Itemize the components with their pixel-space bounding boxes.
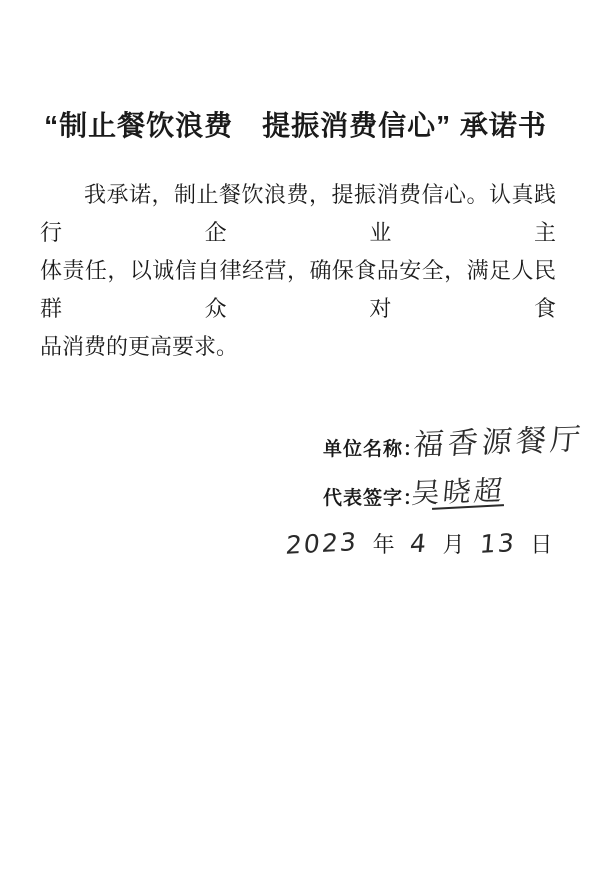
handwritten-year: 2023	[285, 527, 360, 560]
body-line-1: 我承诺，制止餐饮浪费，提振消费信心。认真践行企业主	[40, 176, 556, 252]
year-unit-label: 年	[373, 528, 395, 559]
handwritten-day: 13	[478, 528, 517, 559]
date-line: 2023 年 4 月 13 日	[286, 528, 552, 559]
day-unit-label: 日	[530, 528, 552, 559]
body-line-2: 体责任，以诚信自律经营，确保食品安全，满足人民群众对食	[40, 252, 556, 328]
body-paragraph: 我承诺，制止餐饮浪费，提振消费信心。认真践行企业主 体责任，以诚信自律经营，确保…	[40, 176, 556, 366]
document-title: “制止餐饮浪费 提振消费信心” 承诺书	[0, 104, 591, 144]
month-unit-label: 月	[443, 528, 465, 559]
rep-signature-label: 代表签字：	[323, 483, 423, 510]
handwritten-org-name: 福香源餐厅	[412, 414, 586, 464]
scanned-document-page: “制止餐饮浪费 提振消费信心” 承诺书 我承诺，制止餐饮浪费，提振消费信心。认真…	[0, 0, 591, 886]
handwritten-month: 4	[408, 529, 429, 559]
org-name-label: 单位名称：	[323, 434, 423, 461]
body-line-3: 品消费的更高要求。	[40, 328, 556, 366]
